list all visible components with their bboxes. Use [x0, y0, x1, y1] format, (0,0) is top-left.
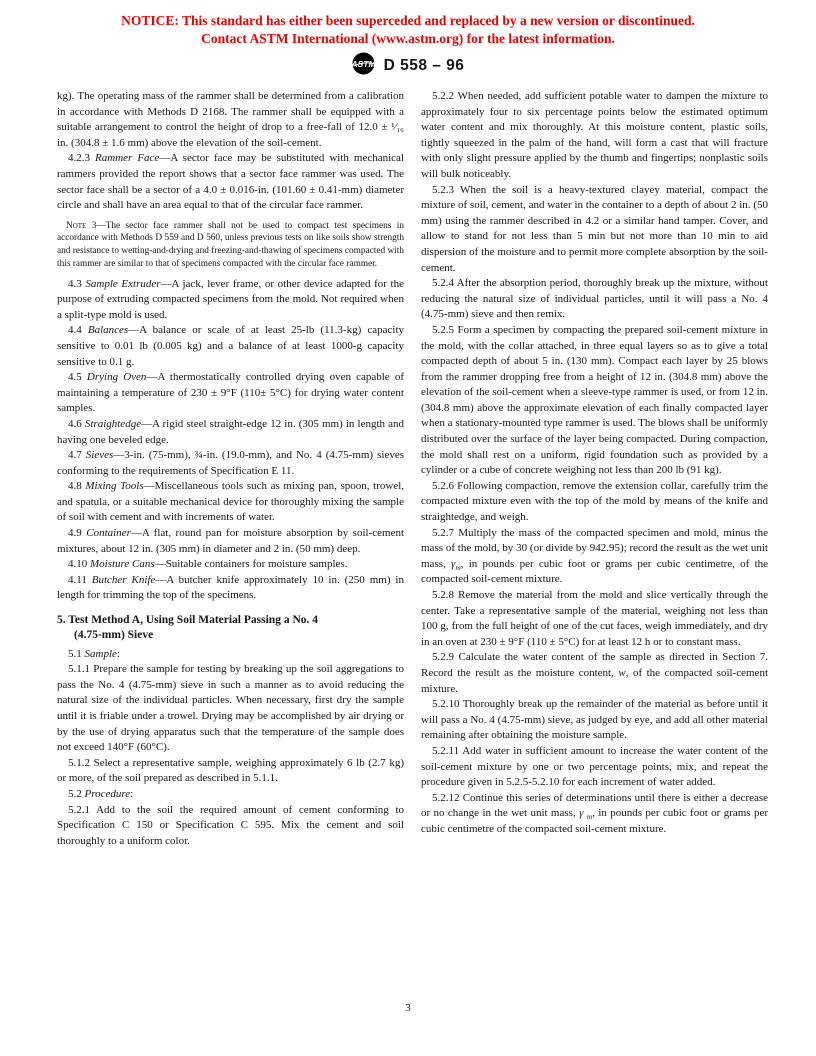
notice-line-1: NOTICE: This standard has either been su…	[0, 12, 816, 30]
body-paragraph: 5.1.2 Select a representative sample, we…	[57, 756, 404, 787]
body-paragraph: 4.6 Straightedge—A rigid steel straight-…	[57, 417, 404, 448]
page-body: kg). The operating mass of the rammer sh…	[0, 89, 816, 849]
body-paragraph: 5.2.9 Calculate the water content of the…	[421, 650, 768, 697]
body-paragraph: 5.2.5 Form a specimen by compacting the …	[421, 323, 768, 479]
body-paragraph: 5.2.7 Multiply the mass of the compacted…	[421, 526, 768, 588]
body-paragraph: 4.10 Moisture Cans—Suitable containers f…	[57, 557, 404, 573]
astm-logo-icon: ASTM	[352, 52, 377, 80]
body-paragraph: 4.9 Container—A flat, round pan for mois…	[57, 526, 404, 557]
body-paragraph: 5.2.6 Following compaction, remove the e…	[421, 479, 768, 526]
document-designation: D 558 – 96	[384, 57, 465, 75]
body-paragraph: 5.2 Procedure:	[57, 787, 404, 803]
body-paragraph: 5.2.8 Remove the material from the mold …	[421, 588, 768, 650]
body-paragraph: 5.2.4 After the absorption period, thoro…	[421, 276, 768, 323]
body-paragraph: 5.2.12 Continue this series of determina…	[421, 791, 768, 838]
column-left: kg). The operating mass of the rammer sh…	[57, 89, 404, 849]
supersession-notice: NOTICE: This standard has either been su…	[0, 0, 816, 47]
column-right: 5.2.2 When needed, add sufficient potabl…	[421, 89, 768, 849]
body-paragraph: kg). The operating mass of the rammer sh…	[57, 89, 404, 151]
notice-line-2: Contact ASTM International (www.astm.org…	[0, 30, 816, 48]
body-paragraph: 4.3 Sample Extruder—A jack, lever frame,…	[57, 277, 404, 324]
body-paragraph: 5.2.10 Thoroughly break up the remainder…	[421, 697, 768, 744]
body-paragraph: 5.2.3 When the soil is a heavy-textured …	[421, 183, 768, 277]
body-paragraph: 4.11 Butcher Knife—A butcher knife appro…	[57, 573, 404, 604]
body-paragraph: 5.1 Sample:	[57, 647, 404, 663]
note-paragraph: Note 3—The sector face rammer shall not …	[57, 220, 404, 271]
section-heading: 5. Test Method A, Using Soil Material Pa…	[57, 613, 404, 643]
page-number: 3	[0, 1002, 816, 1014]
body-paragraph: 5.1.1 Prepare the sample for testing by …	[57, 662, 404, 756]
body-paragraph: 4.7 Sieves—3-in. (75-mm), ¾-in. (19.0-mm…	[57, 448, 404, 479]
svg-text:ASTM: ASTM	[352, 59, 376, 69]
body-paragraph: 5.2.1 Add to the soil the required amoun…	[57, 803, 404, 850]
body-paragraph: 4.2.3 Rammer Face—A sector face may be s…	[57, 151, 404, 213]
body-paragraph: 4.8 Mixing Tools—Miscellaneous tools suc…	[57, 479, 404, 526]
body-paragraph: 4.5 Drying Oven—A thermostatically contr…	[57, 370, 404, 417]
body-paragraph: 5.2.2 When needed, add sufficient potabl…	[421, 89, 768, 183]
body-paragraph: 5.2.11 Add water in sufficient amount to…	[421, 744, 768, 791]
document-header: ASTM D 558 – 96	[0, 52, 816, 80]
body-paragraph: 4.4 Balances—A balance or scale of at le…	[57, 323, 404, 370]
